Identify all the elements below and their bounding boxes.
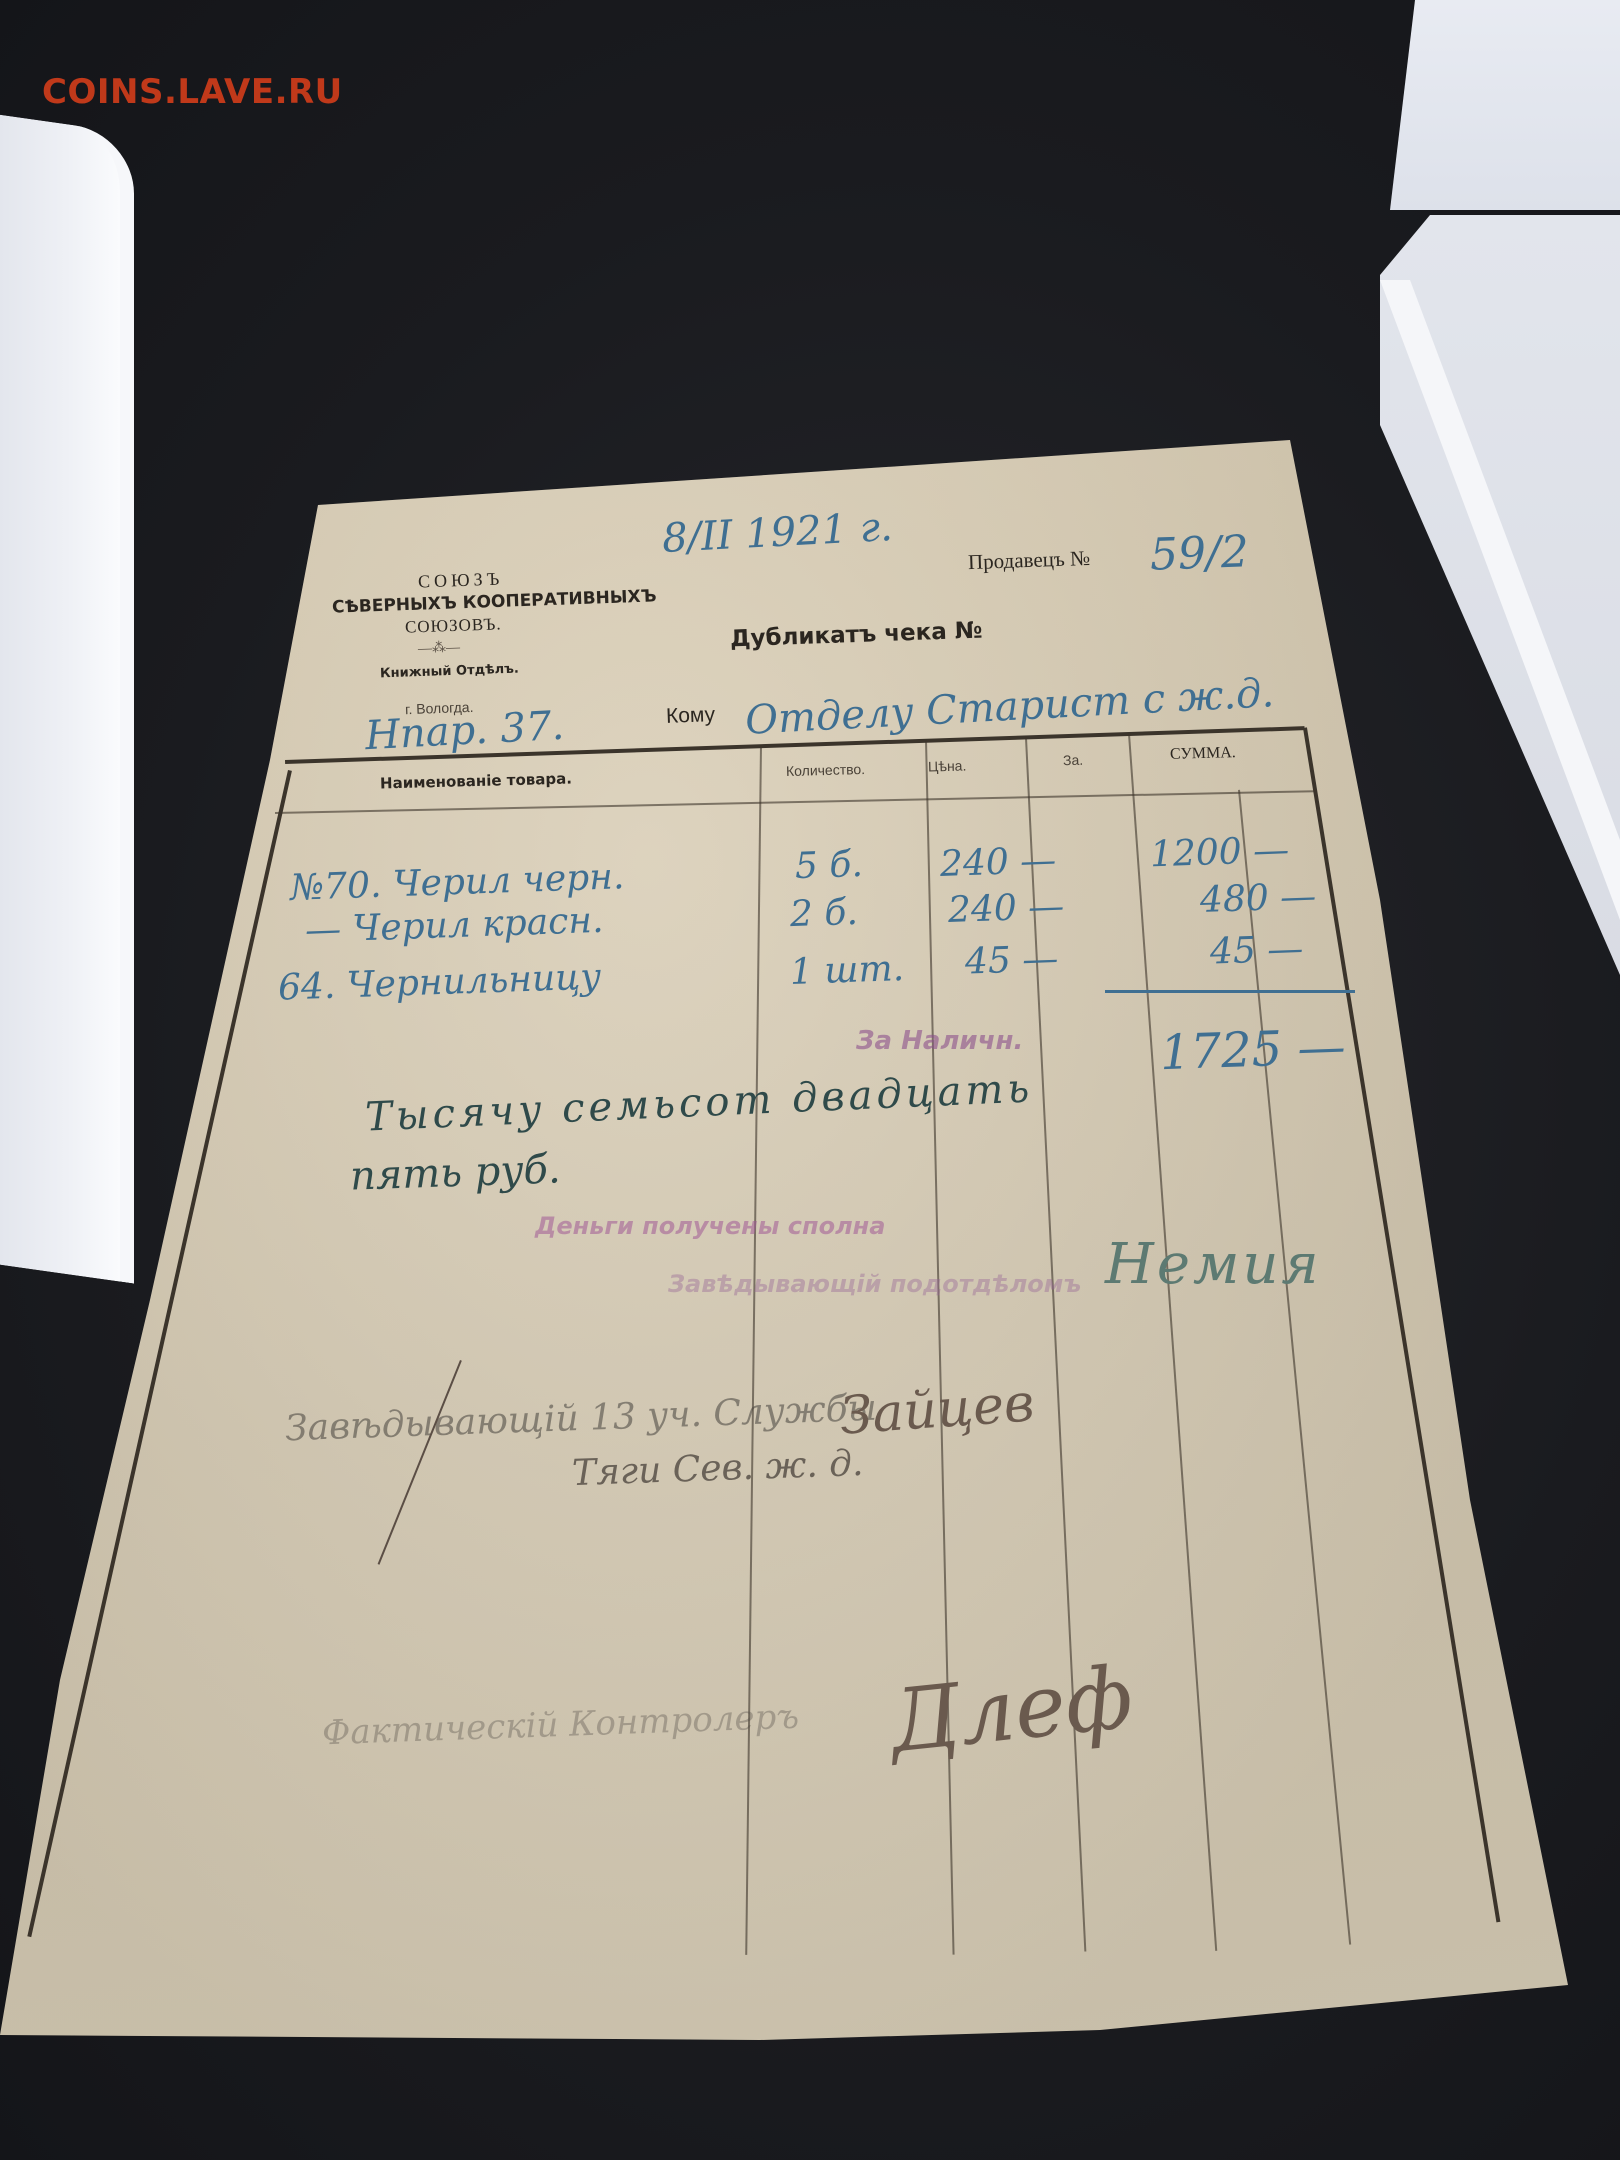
site-watermark: COINS.LAVE.RU: [42, 72, 343, 112]
photo-background: [0, 0, 1620, 2160]
white-board-left: [0, 106, 134, 1283]
white-board-right-top: [1390, 0, 1620, 210]
